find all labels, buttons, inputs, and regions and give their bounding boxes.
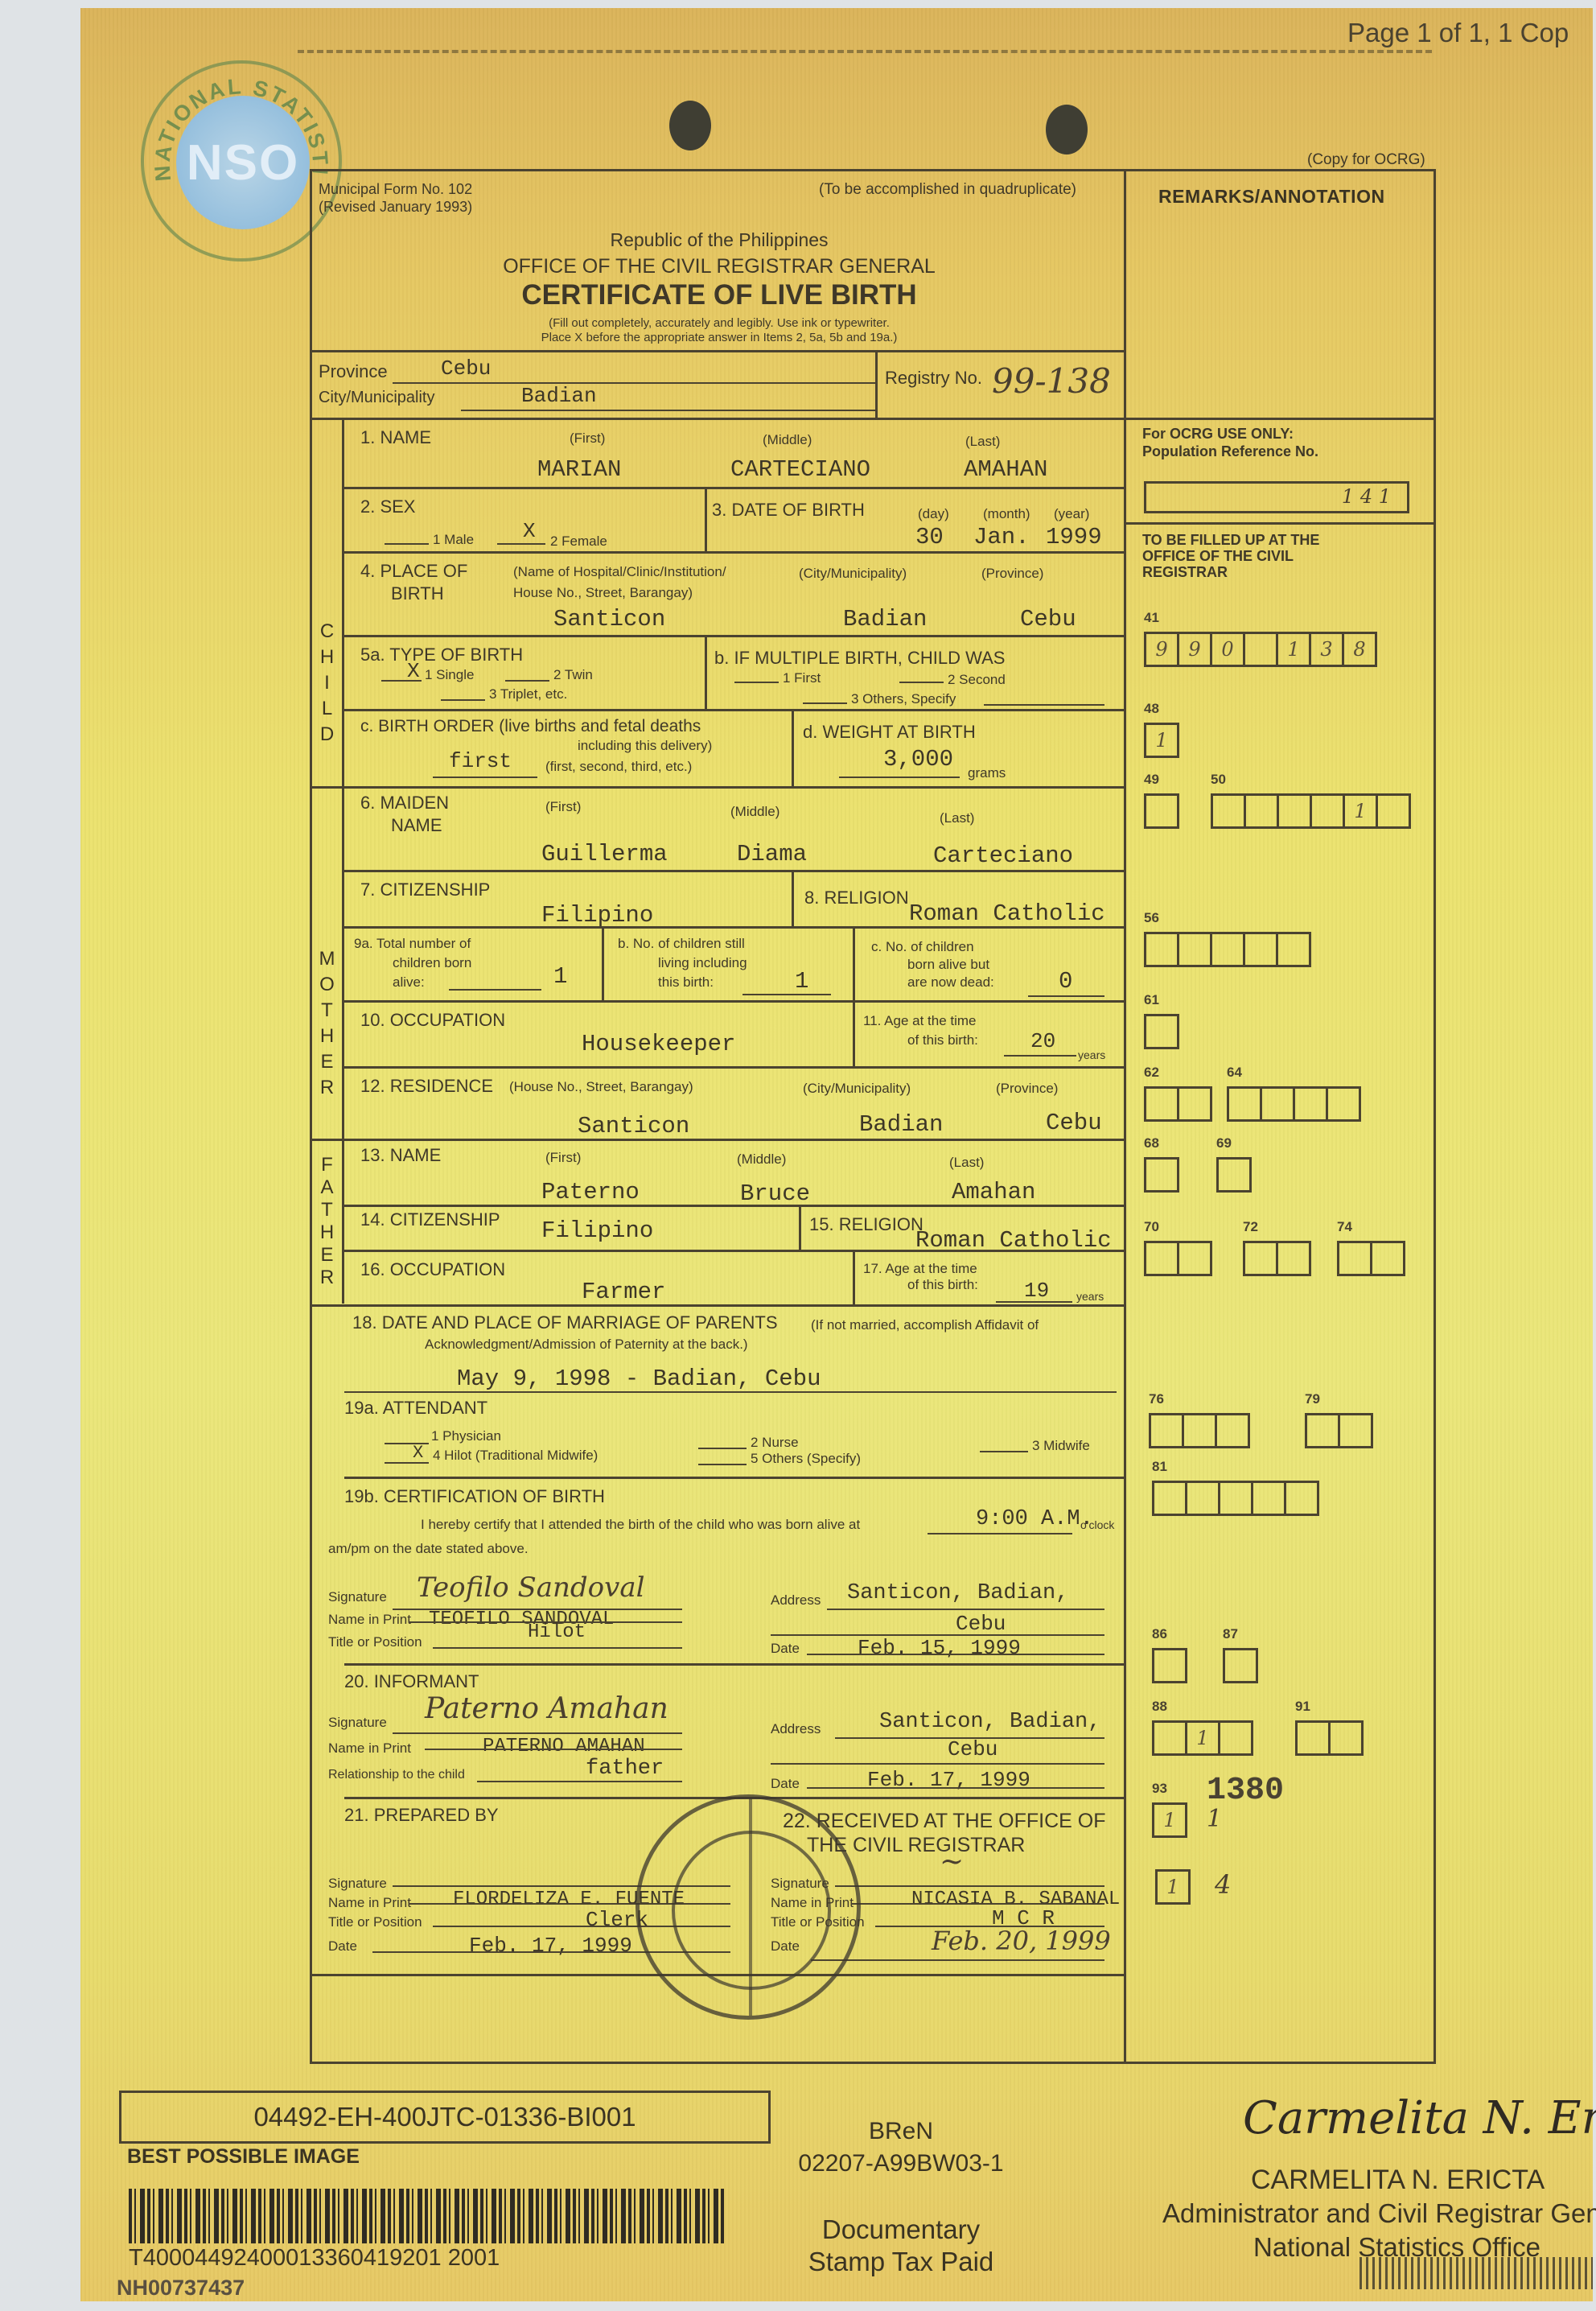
small-barcode-icon — [1359, 2257, 1593, 2289]
attendant-date[interactable]: Feb. 15, 1999 — [858, 1636, 1021, 1660]
signer-name: CARMELITA N. ERICTA — [1251, 2165, 1545, 2196]
mother-religion[interactable]: Roman Catholic — [909, 900, 1105, 927]
code-48-label: 48 — [1144, 701, 1159, 717]
living-children-label: b. No. of children still — [618, 936, 745, 952]
last-label: (Last) — [949, 1155, 984, 1171]
certification-text: I hereby certify that I attended the bir… — [421, 1517, 860, 1533]
mother-age-unit: years — [1078, 1048, 1105, 1061]
code-93-note: 1 — [1207, 1805, 1222, 1833]
code-61-label: 61 — [1144, 992, 1159, 1008]
informant-relationship[interactable]: father — [586, 1757, 664, 1781]
code-64-label: 64 — [1227, 1065, 1242, 1081]
document-id-box: 04492-EH-400JTC-01336-BI001 — [119, 2091, 771, 2144]
living-children-label-2: living including — [658, 955, 747, 971]
last-label: (Last) — [965, 434, 1000, 450]
marriage-label: 18. DATE AND PLACE OF MARRIAGE OF PARENT… — [352, 1312, 778, 1333]
bren-label: BReN — [804, 2118, 997, 2145]
code-74-label: 74 — [1337, 1219, 1352, 1235]
living-children-value[interactable]: 1 — [795, 968, 808, 995]
informant-name[interactable]: PATERNO AMAHAN — [483, 1736, 645, 1757]
code-56-boxes[interactable] — [1144, 932, 1309, 967]
code-62-label: 62 — [1144, 1065, 1159, 1081]
certification-label: 19b. CERTIFICATION OF BIRTH — [344, 1486, 605, 1507]
attendant-physician[interactable]: 1 Physician — [431, 1428, 501, 1444]
certification-text-2: am/pm on the date stated above. — [328, 1541, 529, 1557]
total-children-label: 9a. Total number of — [354, 936, 471, 952]
dob-day[interactable]: 30 — [915, 524, 944, 550]
attendant-nurse[interactable]: 2 Nurse — [751, 1435, 799, 1451]
birth-order-sub: including this delivery) — [578, 738, 712, 754]
first-label: (First) — [545, 799, 581, 815]
quadruplicate-note: (To be accomplished in quadruplicate) — [819, 181, 1076, 199]
code-86-label: 86 — [1152, 1626, 1167, 1642]
punch-hole-icon — [1046, 105, 1088, 154]
year-label: (year) — [1054, 506, 1089, 522]
date-label: Date — [771, 1641, 800, 1657]
code-41-boxes[interactable]: 990138 — [1144, 632, 1375, 667]
multiple-birth-label: b. IF MULTIPLE BIRTH, CHILD WAS — [714, 648, 1005, 669]
father-age-unit: years — [1076, 1290, 1104, 1303]
code-93-boxes[interactable]: 1 — [1152, 1802, 1185, 1838]
code-81-boxes[interactable] — [1152, 1481, 1317, 1516]
birth-type-single[interactable]: 1 Single — [425, 667, 474, 683]
province-value[interactable]: Cebu — [441, 356, 491, 381]
registrar-signature: ~ — [940, 1845, 964, 1878]
father-occupation-label: 16. OCCUPATION — [360, 1259, 505, 1280]
registrar-general-signature: Carmelita N. Ericta — [1243, 2092, 1596, 2144]
residence-province-label: (Province) — [996, 1081, 1058, 1097]
pob-label: 4. PLACE OF — [360, 561, 467, 582]
barcode-icon — [129, 2189, 724, 2243]
child-name-label: 1. NAME — [360, 427, 431, 448]
attendant-address[interactable]: Santicon, Badian, — [847, 1581, 1068, 1605]
form-revised: (Revised January 1993) — [319, 199, 472, 216]
stamp-number: 1380 — [1207, 1773, 1284, 1809]
fill-up-label-2: OFFICE OF THE CIVIL — [1142, 548, 1294, 565]
code-86-boxes[interactable] — [1152, 1648, 1185, 1683]
mother-middle-name[interactable]: Diama — [737, 841, 807, 867]
pob-city[interactable]: Badian — [843, 606, 927, 632]
registrar-date[interactable]: Feb. 20, 1999 — [932, 1926, 1111, 1956]
certificate-title: CERTIFICATE OF LIVE BIRTH — [312, 279, 1126, 311]
birth-type-mark: X — [407, 659, 420, 683]
code-76-boxes[interactable] — [1149, 1413, 1248, 1448]
informant-label: 20. INFORMANT — [344, 1671, 479, 1692]
date-label: Date — [771, 1776, 800, 1792]
birth-time[interactable]: 9:00 A.M. — [976, 1507, 1093, 1531]
code-49-boxes[interactable] — [1144, 793, 1177, 829]
pob-hint-2: House No., Street, Barangay) — [513, 585, 693, 601]
mother-age[interactable]: 20 — [1030, 1029, 1055, 1053]
father-citizenship[interactable]: Filipino — [541, 1217, 653, 1244]
code-79-boxes[interactable] — [1305, 1413, 1371, 1448]
code-69-boxes[interactable] — [1216, 1157, 1249, 1193]
code-69-label: 69 — [1216, 1135, 1232, 1151]
attendant-label: 19a. ATTENDANT — [344, 1398, 487, 1419]
page-indicator: Page 1 of 1, 1 Cop — [1347, 18, 1569, 48]
preparer-date[interactable]: Feb. 17, 1999 — [469, 1934, 632, 1958]
first-label: (First) — [545, 1150, 581, 1166]
best-image-label: BEST POSSIBLE IMAGE — [127, 2145, 360, 2169]
month-label: (month) — [983, 506, 1030, 522]
code-41-label: 41 — [1144, 610, 1159, 626]
living-children-label-3: this birth: — [658, 974, 714, 991]
fill-up-label: TO BE FILLED UP AT THE — [1142, 532, 1319, 549]
mother-age-label: 11. Age at the time — [863, 1013, 977, 1029]
informant-address-2[interactable]: Cebu — [948, 1737, 997, 1761]
stamp-tax-label: Documentary — [796, 2214, 1006, 2245]
province-label: Province — [319, 361, 388, 382]
child-first-name[interactable]: MARIAN — [537, 456, 621, 483]
marriage-value[interactable]: May 9, 1998 - Badian, Cebu — [457, 1366, 821, 1392]
population-ref-label: Population Reference No. — [1142, 443, 1318, 460]
republic-heading: Republic of the Philippines — [312, 229, 1126, 251]
registry-number[interactable]: 99-138 — [992, 361, 1111, 401]
form-main: Municipal Form No. 102 (Revised January … — [312, 171, 1126, 2062]
office-heading: OFFICE OF THE CIVIL REGISTRAR GENERAL — [312, 255, 1126, 278]
father-name-label: 13. NAME — [360, 1145, 441, 1166]
dob-month[interactable]: Jan. — [973, 524, 1030, 550]
final-code-box[interactable]: 1 — [1155, 1869, 1188, 1905]
registrar-seal-stamp-icon — [636, 1794, 861, 2020]
code-70-boxes[interactable] — [1144, 1241, 1210, 1276]
father-age-label: 17. Age at the time — [863, 1261, 977, 1277]
city-label: City/Municipality — [319, 389, 434, 407]
attendant-others[interactable]: 5 Others (Specify) — [751, 1451, 861, 1467]
top-divider — [298, 50, 1432, 53]
address-label: Address — [771, 1721, 821, 1737]
form-number: Municipal Form No. 102 — [319, 181, 472, 198]
sex-label: 2. SEX — [360, 496, 415, 517]
instructions-line-1: (Fill out completely, accurately and leg… — [312, 316, 1126, 330]
remarks-heading: REMARKS/ANNOTATION — [1158, 186, 1385, 208]
pob-hint-1: (Name of Hospital/Clinic/Institution/ — [513, 564, 726, 580]
multiple-first[interactable]: 1 First — [783, 670, 821, 686]
pob-label-2: BIRTH — [391, 583, 444, 604]
birth-type-label: 5a. TYPE OF BIRTH — [360, 645, 523, 665]
signature-label: Signature — [328, 1589, 387, 1605]
date-label: Date — [328, 1938, 357, 1955]
pob-province-label: (Province) — [981, 566, 1043, 582]
code-88-label: 88 — [1152, 1699, 1167, 1715]
code-48-boxes[interactable]: 1 — [1144, 723, 1177, 758]
code-87-boxes[interactable] — [1223, 1648, 1256, 1683]
birth-order-label: c. BIRTH ORDER (live births and fetal de… — [360, 717, 701, 736]
code-61-boxes[interactable] — [1144, 1014, 1177, 1049]
registry-label: Registry No. — [885, 368, 982, 389]
remarks-sidebar: REMARKS/ANNOTATION For OCRG USE ONLY: Po… — [1126, 171, 1434, 2062]
received-label: 22. RECEIVED AT THE OFFICE OF — [783, 1810, 1105, 1833]
barcode-number: T40004492400013360419201 2001 — [129, 2245, 500, 2272]
residence-label: 12. RESIDENCE — [360, 1076, 493, 1097]
father-age[interactable]: 19 — [1024, 1279, 1049, 1303]
title-label: Title or Position — [328, 1634, 422, 1650]
attendant-mark: X — [413, 1443, 423, 1463]
address-label: Address — [771, 1592, 821, 1609]
code-50-label: 50 — [1211, 772, 1226, 788]
dead-children-label-2: born alive but — [907, 957, 989, 973]
mother-last-name[interactable]: Carteciano — [933, 842, 1073, 869]
day-label: (day) — [918, 506, 949, 522]
fill-up-label-3: REGISTRAR — [1142, 564, 1228, 581]
mother-occupation-label: 10. OCCUPATION — [360, 1010, 505, 1031]
code-88-boxes[interactable]: 1 — [1152, 1720, 1251, 1756]
code-76-label: 76 — [1149, 1391, 1164, 1407]
weight-label: d. WEIGHT AT BIRTH — [803, 722, 976, 743]
total-children-label-3: alive: — [393, 974, 425, 991]
informant-address[interactable]: Santicon, Badian, — [879, 1710, 1100, 1734]
code-72-boxes[interactable] — [1243, 1241, 1309, 1276]
father-religion-label: 15. RELIGION — [809, 1214, 923, 1235]
residence-city[interactable]: Badian — [859, 1111, 943, 1138]
code-70-label: 70 — [1144, 1219, 1159, 1235]
stamp-tax-label-2: Stamp Tax Paid — [796, 2247, 1006, 2277]
code-87-label: 87 — [1223, 1626, 1238, 1642]
father-middle-name[interactable]: Bruce — [740, 1180, 810, 1207]
father-first-name[interactable]: Paterno — [541, 1179, 640, 1205]
birth-order-hint: (first, second, third, etc.) — [545, 759, 692, 775]
dob-year[interactable]: 1999 — [1046, 524, 1102, 550]
total-children-value[interactable]: 1 — [553, 963, 567, 990]
sex-mark: X — [523, 519, 536, 543]
code-49-label: 49 — [1144, 772, 1159, 788]
code-81-label: 81 — [1152, 1459, 1167, 1475]
code-72-label: 72 — [1243, 1219, 1258, 1235]
birth-type-twin[interactable]: 2 Twin — [553, 667, 593, 683]
multiple-second[interactable]: 2 Second — [948, 672, 1006, 688]
first-label: (First) — [570, 430, 605, 447]
name-in-print-label: Name in Print — [328, 1740, 411, 1757]
weight-value[interactable]: 3,000 — [883, 746, 953, 772]
pob-city-label: (City/Municipality) — [799, 566, 907, 582]
dob-label: 3. DATE OF BIRTH — [712, 500, 865, 521]
dead-children-value[interactable]: 0 — [1059, 968, 1072, 995]
father-citizenship-label: 14. CITIZENSHIP — [360, 1209, 500, 1230]
title-label: Title or Position — [328, 1914, 422, 1930]
serial-number: NH00737437 — [117, 2276, 245, 2301]
code-50-boxes[interactable]: 1 — [1211, 793, 1409, 829]
mother-citizenship[interactable]: Filipino — [541, 902, 653, 929]
father-band: FATHER — [312, 1139, 344, 1304]
residence-city-label: (City/Municipality) — [803, 1081, 911, 1097]
code-56-label: 56 — [1144, 910, 1159, 926]
residence-province[interactable]: Cebu — [1046, 1110, 1102, 1136]
mother-citizenship-label: 7. CITIZENSHIP — [360, 879, 490, 900]
city-value[interactable]: Badian — [521, 384, 597, 408]
signature-label: Signature — [328, 1715, 387, 1731]
oclock-label: o'clock — [1080, 1518, 1114, 1531]
code-74-boxes[interactable] — [1337, 1241, 1403, 1276]
pob-place[interactable]: Santicon — [553, 606, 665, 632]
father-occupation[interactable]: Farmer — [582, 1279, 665, 1305]
final-code-note: 4 — [1215, 1869, 1231, 1900]
attendant-midwife[interactable]: 3 Midwife — [1032, 1438, 1090, 1454]
code-62-boxes[interactable] — [1144, 1086, 1210, 1122]
instructions-line-2: Place X before the appropriate answer in… — [312, 331, 1126, 344]
ocrg-use-label: For OCRG USE ONLY: — [1142, 426, 1294, 443]
code-64-boxes[interactable] — [1227, 1086, 1359, 1122]
pob-province[interactable]: Cebu — [1020, 606, 1076, 632]
attendant-address-2[interactable]: Cebu — [956, 1612, 1006, 1636]
population-ref-field[interactable]: 1 4 1 — [1144, 481, 1409, 513]
prepared-by-label: 21. PREPARED BY — [344, 1805, 499, 1826]
informant-signature: Paterno Amahan — [425, 1692, 668, 1725]
code-91-label: 91 — [1295, 1699, 1310, 1715]
dead-children-label-3: are now dead: — [907, 974, 994, 991]
code-68-boxes[interactable] — [1144, 1157, 1177, 1193]
weight-unit: grams — [968, 765, 1006, 781]
name-in-print-label: Name in Print — [328, 1612, 411, 1628]
last-label: (Last) — [940, 810, 974, 826]
child-last-name[interactable]: AMAHAN — [964, 456, 1047, 483]
middle-label: (Middle) — [763, 432, 812, 448]
multiple-others[interactable]: 3 Others, Specify — [851, 691, 956, 707]
residence-place[interactable]: Santicon — [578, 1113, 689, 1139]
copy-for-label: (Copy for OCRG) — [1307, 151, 1425, 169]
dead-children-label: c. No. of children — [871, 939, 974, 955]
sex-female-option[interactable]: 2 Female — [550, 533, 607, 550]
child-middle-name[interactable]: CARTECIANO — [730, 456, 870, 483]
certificate-form: Municipal Form No. 102 (Revised January … — [310, 169, 1436, 2064]
total-children-label-2: children born — [393, 955, 471, 971]
bren-number: 02207-A99BW03-1 — [780, 2150, 1022, 2177]
middle-label: (Middle) — [737, 1151, 786, 1168]
signer-title: Administrator and Civil Registrar Gene — [1162, 2198, 1596, 2229]
mother-religion-label: 8. RELIGION — [804, 888, 909, 908]
mother-occupation[interactable]: Housekeeper — [582, 1031, 735, 1057]
relationship-label: Relationship to the child — [328, 1768, 465, 1782]
mother-age-label-2: of this birth: — [907, 1032, 978, 1048]
middle-label: (Middle) — [730, 804, 779, 820]
attendant-name[interactable]: TEOFILO SANDOVAL — [429, 1609, 614, 1630]
maiden-name-label-2: NAME — [391, 815, 442, 836]
birth-order-value[interactable]: first — [449, 749, 512, 773]
attendant-hilot[interactable]: 4 Hilot (Traditional Midwife) — [433, 1448, 598, 1464]
attendant-signature: Teofilo Sandoval — [417, 1572, 645, 1604]
code-79-label: 79 — [1305, 1391, 1320, 1407]
residence-hint: (House No., Street, Barangay) — [509, 1079, 693, 1095]
nso-logo: NSO — [176, 96, 310, 229]
signature-label: Signature — [328, 1876, 387, 1892]
marriage-note: (If not married, accomplish Affidavit of — [811, 1317, 1039, 1333]
maiden-name-label: 6. MAIDEN — [360, 793, 449, 814]
attendant-title[interactable]: Hilot — [528, 1621, 586, 1643]
name-in-print-label: Name in Print — [328, 1895, 411, 1911]
mother-first-name[interactable]: Guillerma — [541, 841, 668, 867]
marriage-note-2: Acknowledgment/Admission of Paternity at… — [425, 1337, 748, 1353]
punch-hole-icon — [669, 101, 711, 150]
sex-male-option[interactable]: 1 Male — [433, 532, 474, 548]
code-91-boxes[interactable] — [1295, 1720, 1361, 1756]
father-last-name[interactable]: Amahan — [952, 1179, 1035, 1205]
code-68-label: 68 — [1144, 1135, 1159, 1151]
birth-type-triplet[interactable]: 3 Triplet, etc. — [489, 686, 567, 702]
father-age-label-2: of this birth: — [907, 1277, 978, 1293]
code-93-label: 93 — [1152, 1781, 1167, 1797]
